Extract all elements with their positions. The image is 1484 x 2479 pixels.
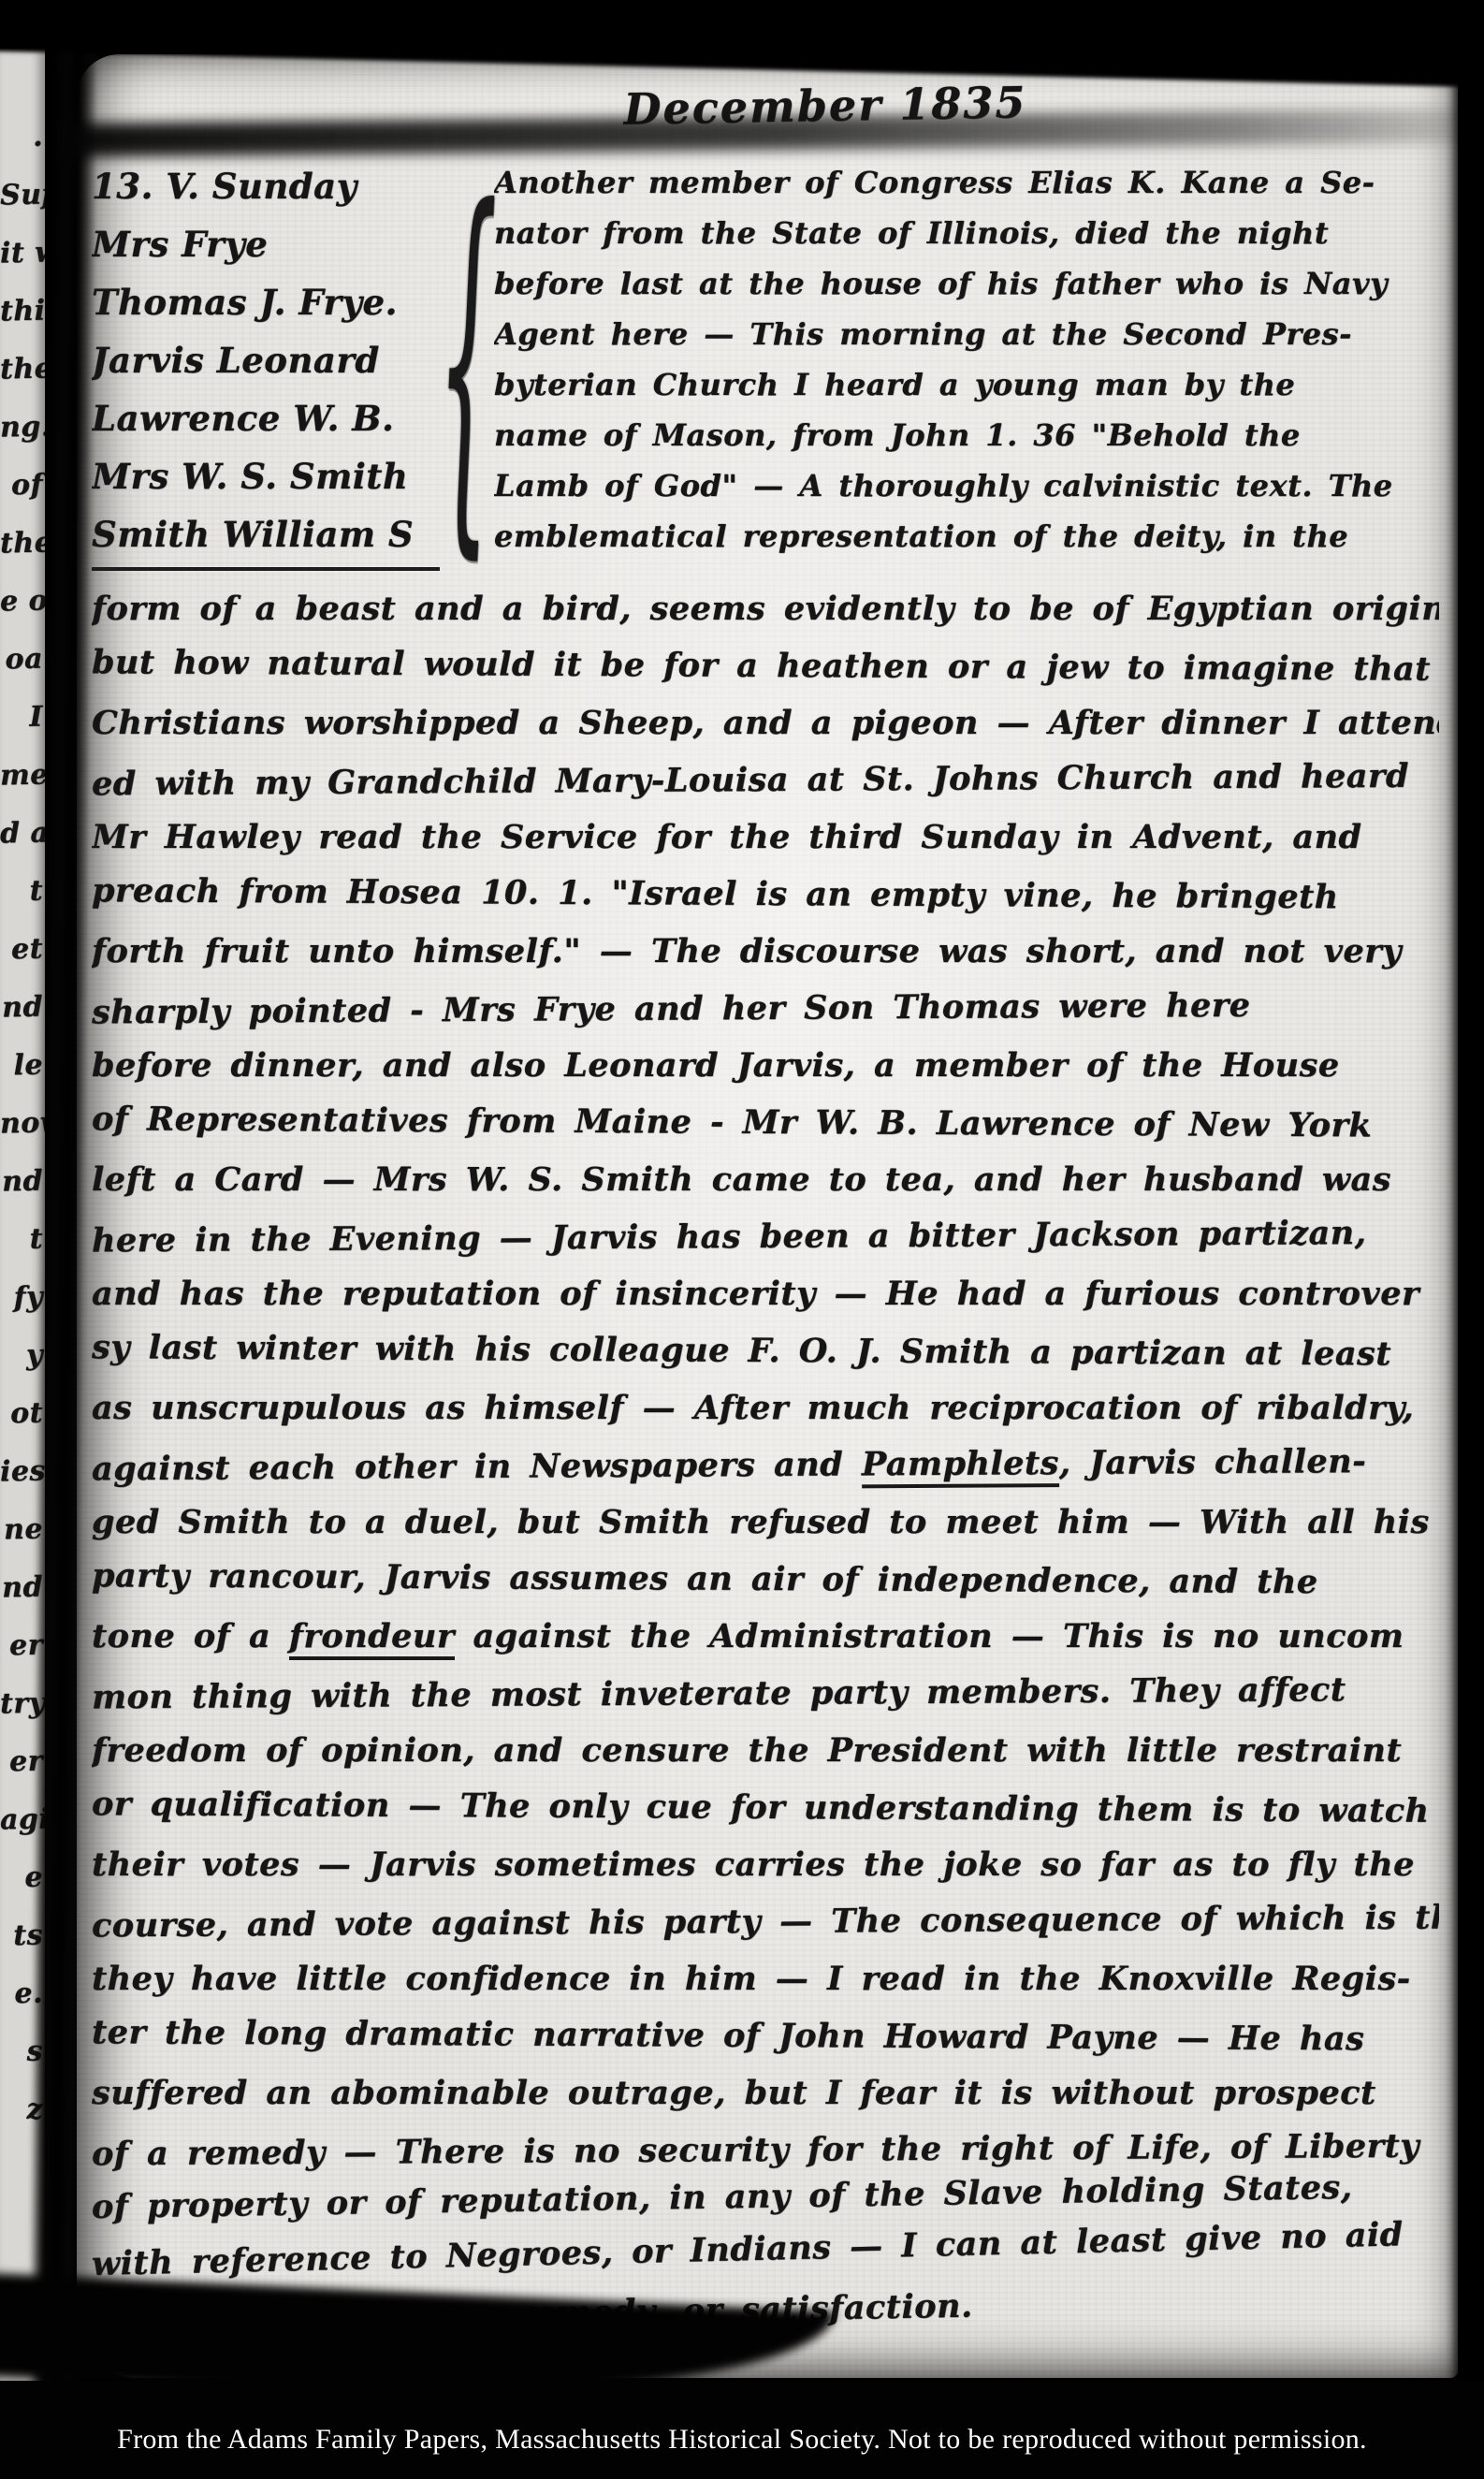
entry-line: of Representatives from Maine - Mr W. B.… [92,1090,1439,1155]
entry-line: name of Mason, from John 1. 36 "Behold t… [494,410,1439,460]
entry-line: ged Smith to a duel, but Smith refused t… [92,1494,1439,1551]
bottom-black-border: From the Adams Family Papers, Massachuse… [0,2381,1484,2479]
margin-fragment: the [0,341,45,400]
entry-line: Mr Hawley read the Service for the third… [92,809,1439,866]
entry-line: tone of a frondeur against the Administr… [92,1608,1439,1665]
entry-line: freedom of opinion, and censure the Pres… [92,1722,1439,1779]
visitor-name: Jarvis Leonard [92,331,440,389]
entry-line: course, and vote against his party — The… [92,1889,1439,1955]
entry-line: their votes — Jarvis sometimes carries t… [92,1836,1439,1893]
entry-line: ed with my Grandchild Mary-Louisa at St.… [92,748,1439,813]
entry-line: emblematical representation of the deity… [494,511,1439,561]
margin-fragment: fy [0,1269,45,1328]
archive-caption: From the Adams Family Papers, Massachuse… [0,2424,1484,2456]
margin-fragment: med [0,747,45,806]
entry-body: form of a beast and a bird, seems eviden… [92,580,1439,2350]
margin-fragment: d a [0,805,45,864]
entry-line: suffered an abominable outrage, but I fe… [92,2064,1439,2122]
visitor-name: Mrs Frye [92,215,440,273]
visitor-name: 13. V. Sunday [92,157,440,215]
entry-line: party rancour, Jarvis assumes an air of … [92,1547,1439,1611]
margin-fragment: this [0,283,45,342]
entry-line: Lamb of God" — A thoroughly calvinistic … [494,460,1439,511]
visitor-name: Thomas J. Frye. [92,273,440,331]
entry-line: Another member of Congress Elias K. Kane… [494,157,1439,208]
entry-line: sharply pointed - Mrs Frye and her Son T… [92,976,1439,1042]
entry-line: and has the reputation of insincerity — … [92,1265,1439,1322]
entry-line: they have little confidence in him — I r… [92,1950,1439,2007]
entry-line: ter the long dramatic narrative of John … [92,2004,1439,2068]
margin-fragment: now [0,1095,45,1154]
margin-fragment: le [0,1037,45,1096]
margin-fragment: oa [0,631,45,690]
right-black-border [1458,0,1484,2479]
entry-line: sy last winter with his colleague F. O. … [92,1319,1439,1383]
margin-fragment: of [0,457,45,516]
entry-line: before last at the house of his father w… [494,258,1439,309]
margin-fragment: y [0,1327,45,1386]
diary-page: December 1835 13. V. Sunday Mrs Frye Tho… [77,54,1458,2378]
margin-fragment: I [0,689,45,748]
entry-line: nator from the State of Illinois, died t… [494,208,1439,258]
visitor-name: Smith William S [92,505,440,563]
margin-fragment: . [0,109,45,168]
margin-fragment: Suf [0,167,45,226]
margin-fragment: the [0,515,45,574]
manuscript-scan: . Suf it w this the ng. of the e of oa I… [0,0,1484,2479]
entry-line: as unscrupulous as himself — After much … [92,1379,1439,1436]
entry-line: Agent here — This morning at the Second … [494,309,1439,359]
entry-line: Christians worshipped a Sheep, and a pig… [92,694,1439,751]
entry-line: form of a beast and a bird, seems eviden… [92,580,1439,637]
entry-line: against each other in Newspapers and Pam… [92,1433,1439,1498]
entry-line: mon thing with the most inveterate party… [92,1661,1439,1727]
visitor-name-list: 13. V. Sunday Mrs Frye Thomas J. Frye. J… [92,157,440,571]
entry-line: byterian Church I heard a young man by t… [494,359,1439,410]
entry-line: or qualification — The only cue for unde… [92,1775,1439,1840]
entry-line: before dinner, and also Leonard Jarvis, … [92,1037,1439,1094]
margin-fragment: nd [0,979,45,1038]
entry-line: left a Card — Mrs W. S. Smith came to te… [92,1151,1439,1208]
margin-fragment: e of [0,573,45,632]
entry-line: preach from Hosea 10. 1. "Israel is an e… [92,862,1439,926]
entry-line: forth fruit unto himself." — The discour… [92,923,1439,980]
entry-first-lines: Another member of Congress Elias K. Kane… [488,157,1439,561]
margin-fragment: t [0,1211,45,1270]
entry-line: here in the Evening — Jarvis has been a … [92,1204,1439,1270]
margin-fragment: nd [0,1153,45,1212]
visitor-name: Lawrence W. B. [92,389,440,447]
margin-fragment: et [0,921,45,980]
visitor-name: Mrs W. S. Smith [92,447,440,505]
entry-line: but how natural would it be for a heathe… [92,634,1439,698]
margin-fragment: ng. [0,399,45,458]
entry-header-block: 13. V. Sunday Mrs Frye Thomas J. Frye. J… [92,157,1439,571]
margin-fragment: t [0,863,45,922]
margin-fragment: it w [0,225,45,284]
